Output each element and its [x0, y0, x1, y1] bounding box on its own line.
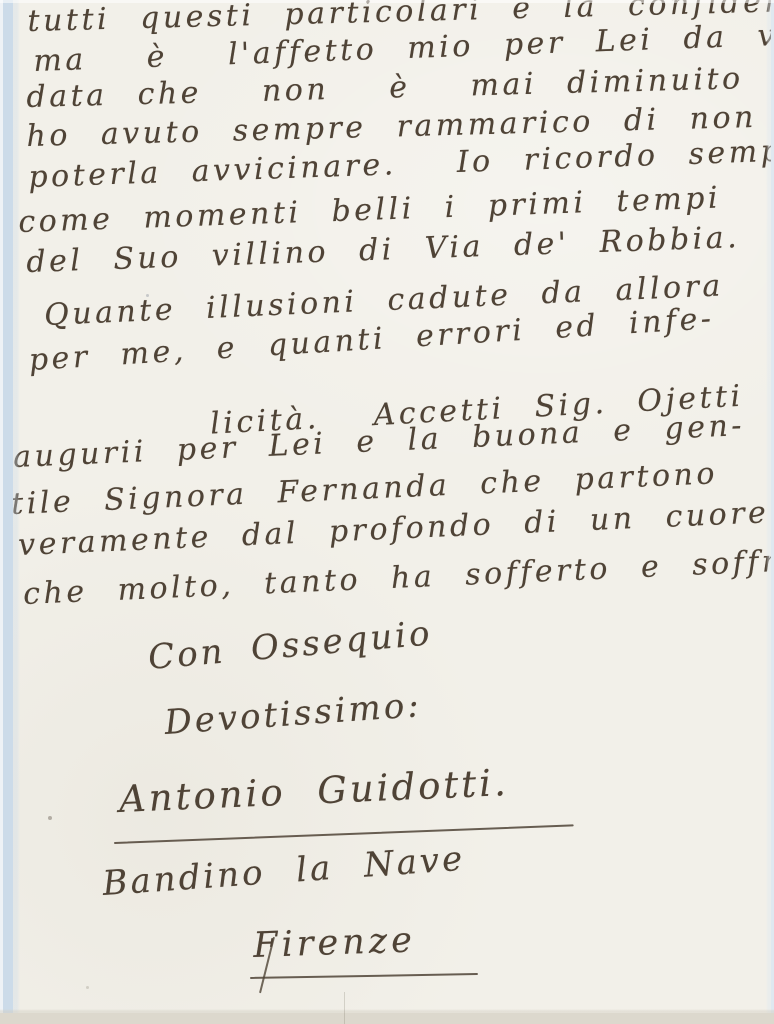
closing-line: Con Ossequio [147, 613, 434, 678]
ink-speck [48, 816, 52, 820]
ink-speck [146, 294, 149, 297]
signature-underline [114, 824, 574, 844]
paper-crease [344, 992, 345, 1024]
scan-edge-right [766, 0, 774, 1024]
closing-line: Devotissimo: [163, 685, 423, 743]
scan-edge-left [0, 0, 20, 1024]
letter-sheet: tutti questi particolari e la confidenza… [0, 0, 774, 1024]
ink-speck [86, 986, 89, 989]
letter-scan: tutti questi particolari e la confidenza… [0, 0, 774, 1024]
signature: Antonio Guidotti. [118, 761, 509, 821]
place-line: Bandino la Nave [101, 839, 466, 904]
scan-edge-bottom [0, 1009, 774, 1024]
city-line: Firenze [253, 920, 417, 966]
city-underline [250, 973, 478, 979]
scan-edge-top [0, 0, 774, 3]
